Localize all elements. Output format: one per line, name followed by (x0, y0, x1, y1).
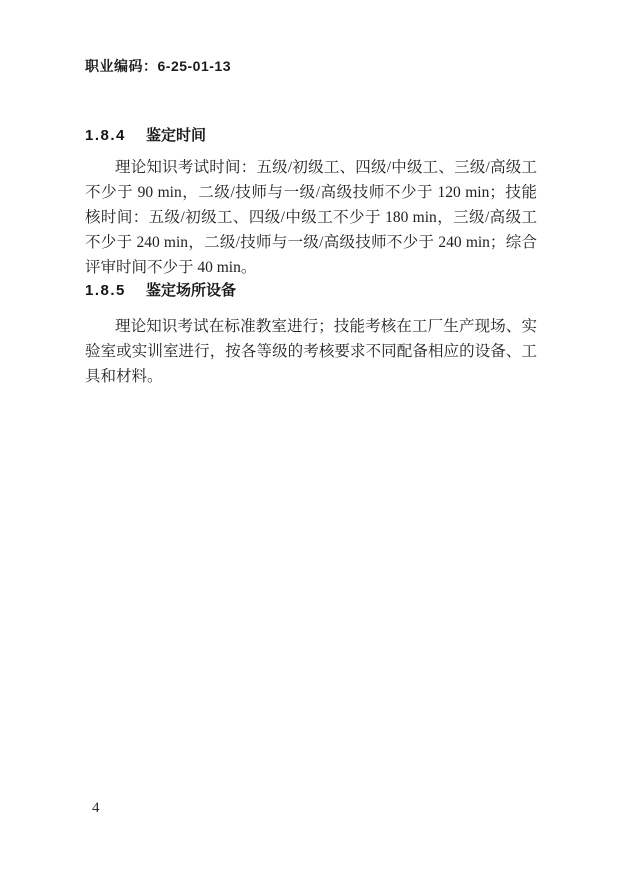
text-line: 不少于 90 min，二级/技师与一级/高级技师不少于 120 min；技能考 (85, 180, 537, 205)
text-line: 验室或实训室进行，按各等级的考核要求不同配备相应的设备、工 (85, 339, 537, 364)
section-number: 1.8.4 (85, 127, 126, 144)
text-line: 理论知识考试在标准教室进行；技能考核在工厂生产现场、实 (85, 314, 537, 339)
section-heading-1-8-5: 1.8.5 鉴定场所设备 (85, 279, 236, 300)
section-number: 1.8.5 (85, 282, 126, 299)
section-heading-1-8-4: 1.8.4 鉴定时间 (85, 124, 206, 145)
paragraph-assessment-time: 理论知识考试时间：五级/初级工、四级/中级工、三级/高级工 不少于 90 min… (85, 155, 537, 280)
page-number: 4 (92, 800, 100, 817)
text-line: 核时间：五级/初级工、四级/中级工不少于 180 min，三级/高级工 (85, 205, 537, 230)
text-line: 具和材料。 (85, 364, 537, 389)
document-page: 职业编码：6-25-01-13 1.8.4 鉴定时间 理论知识考试时间：五级/初… (0, 0, 630, 883)
section-title: 鉴定场所设备 (146, 282, 236, 299)
text-line: 不少于 240 min，二级/技师与一级/高级技师不少于 240 min；综合 (85, 230, 537, 255)
text-line: 评审时间不少于 40 min。 (85, 255, 537, 280)
text-line: 理论知识考试时间：五级/初级工、四级/中级工、三级/高级工 (85, 155, 537, 180)
section-title: 鉴定时间 (146, 127, 206, 144)
paragraph-assessment-venue: 理论知识考试在标准教室进行；技能考核在工厂生产现场、实 验室或实训室进行，按各等… (85, 314, 537, 389)
occupation-code-header: 职业编码：6-25-01-13 (85, 56, 231, 76)
